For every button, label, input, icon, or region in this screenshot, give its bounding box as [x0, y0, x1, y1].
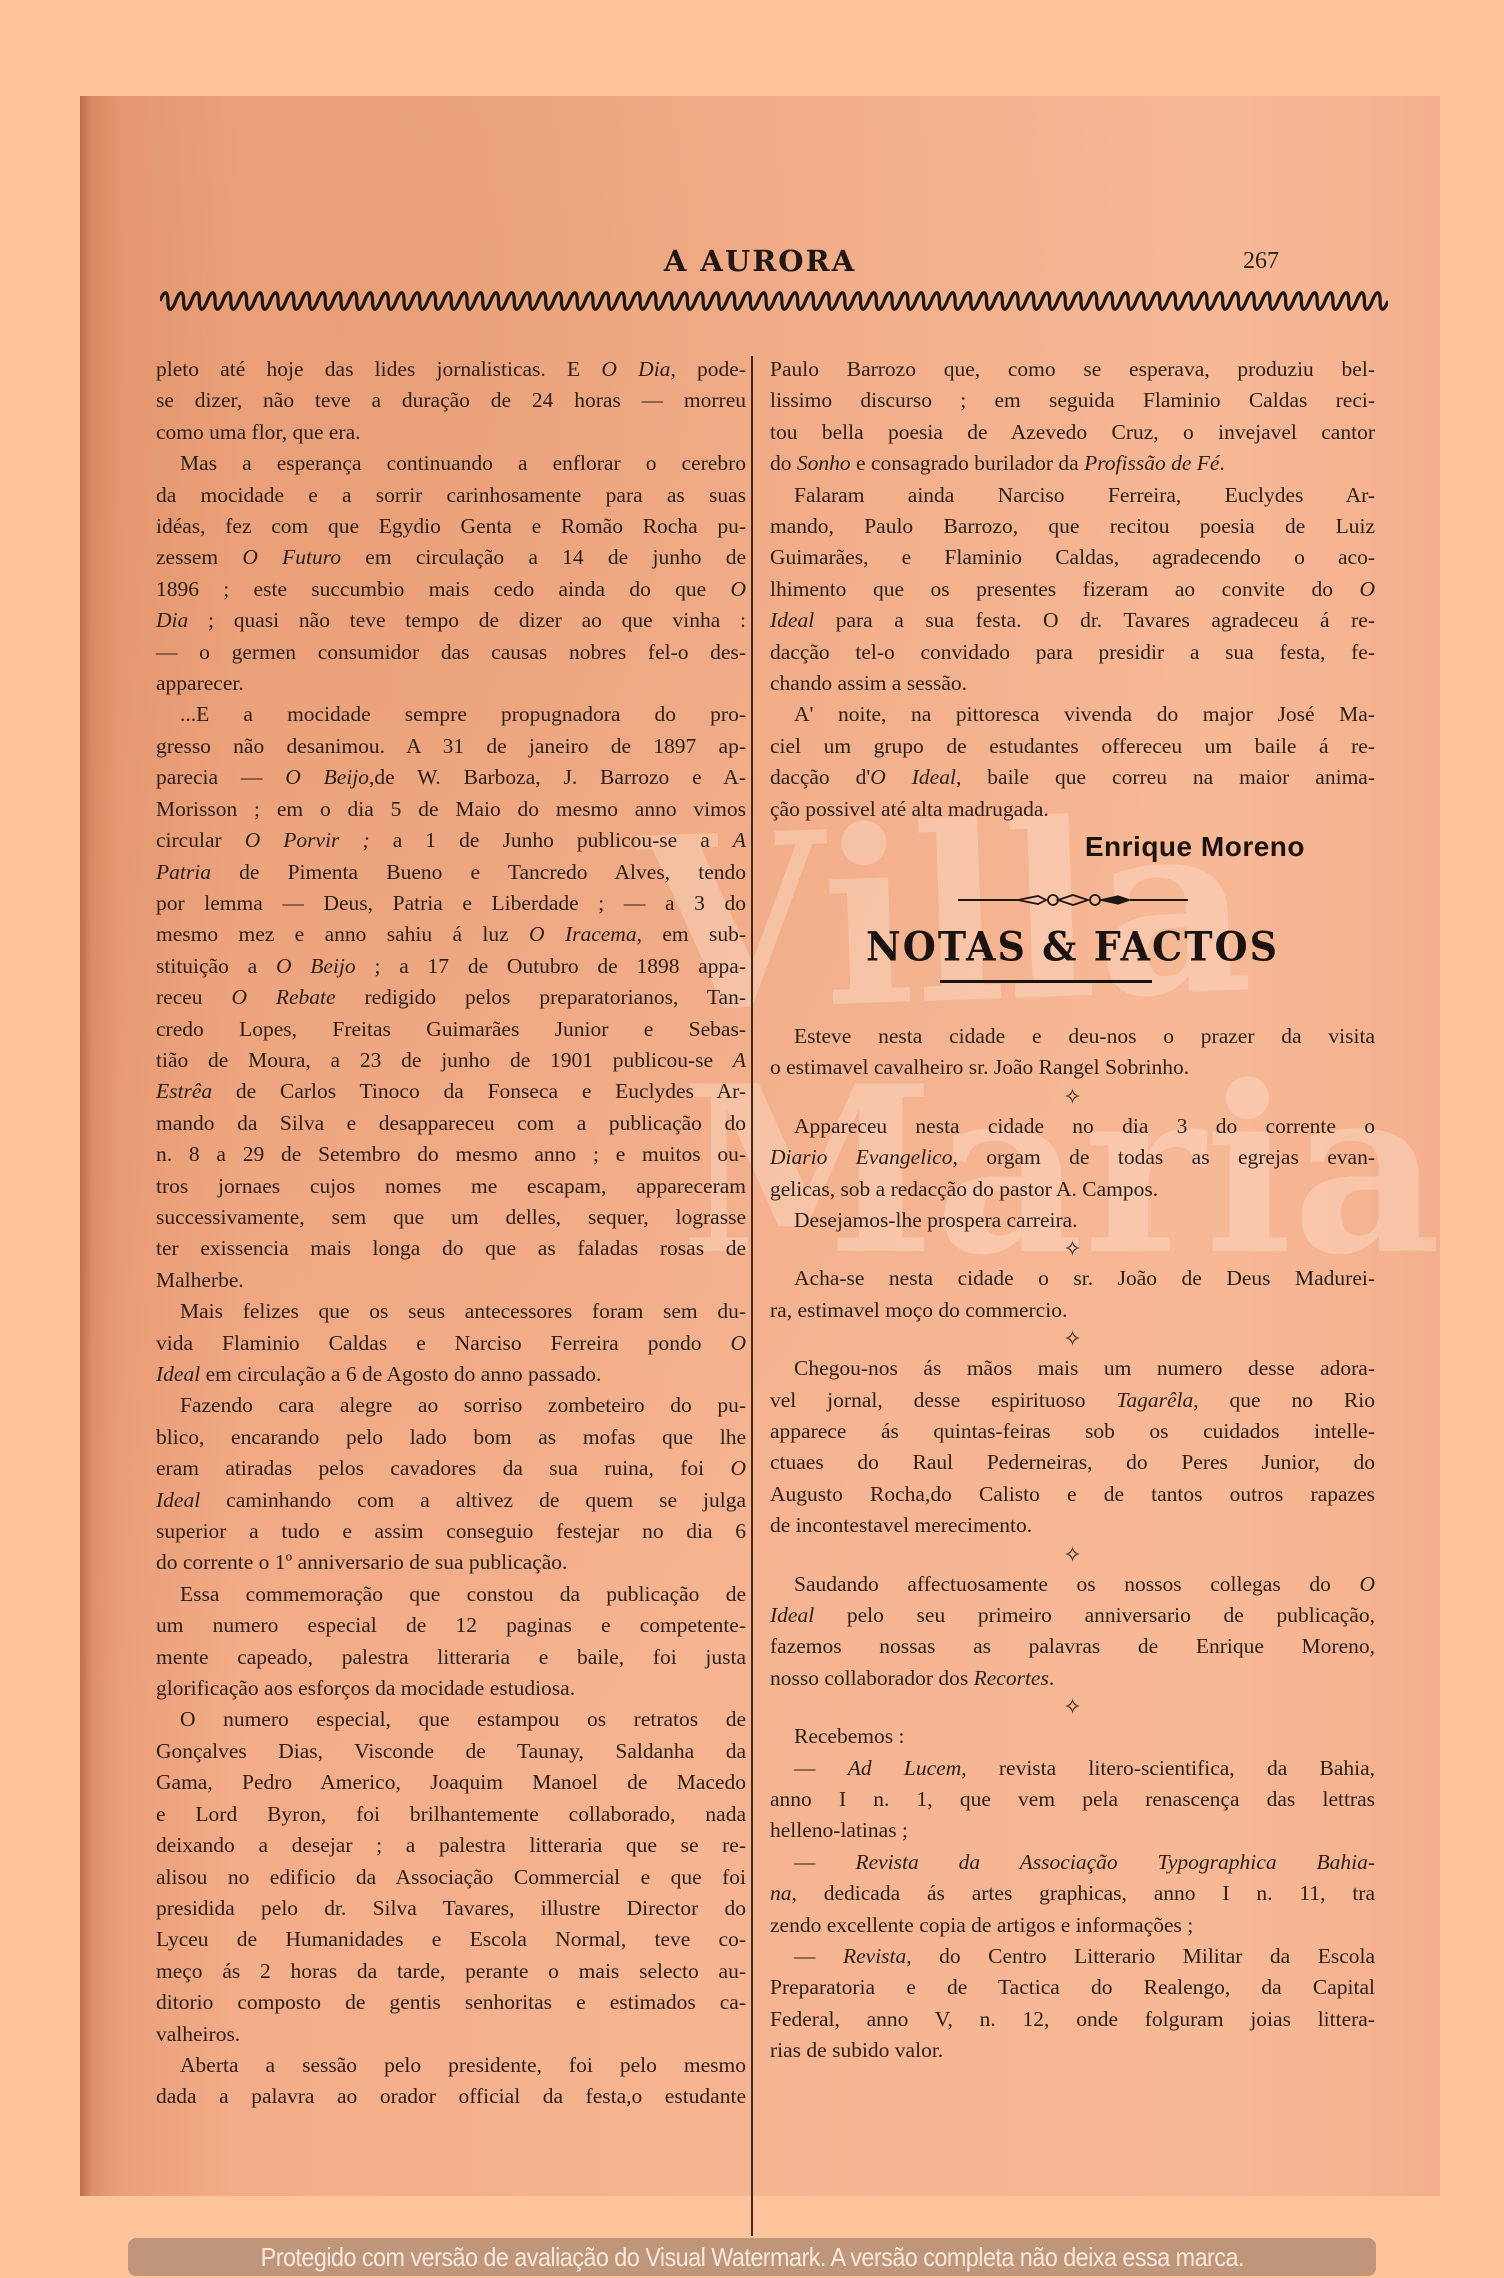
text-line: dacção tel-o convidado para presidir a s… [770, 637, 1375, 668]
text-line: e Lord Byron, foi brilhantemente collabo… [156, 1799, 746, 1830]
text-line: Mas a esperança continuando a enflorar o… [156, 448, 746, 479]
text-line: mente capeado, palestra litteraria e bai… [156, 1642, 746, 1673]
text-line: na, dedicada ás artes graphicas, anno I … [770, 1878, 1375, 1909]
text-line: Guimarães, e Flaminio Caldas, agradecend… [770, 542, 1375, 573]
text-line: apparecer. [156, 668, 746, 699]
text-line: do corrente o 1º anniversario de sua pub… [156, 1547, 746, 1578]
italic-title: Profissão de Fé [1084, 451, 1219, 475]
text-line: Appareceu nesta cidade no dia 3 do corre… [770, 1111, 1375, 1142]
paragraph: — Ad Lucem, revista litero-scientifica, … [770, 1753, 1375, 1847]
paragraph: ...E a mocidade sempre propugnadora do p… [156, 699, 746, 1296]
italic-title: Revista [843, 1944, 906, 1968]
paragraph: Esteve nesta cidade e deu-nos o prazer d… [770, 1021, 1375, 1084]
text-line: glorificação aos esforços da mocidade es… [156, 1673, 746, 1704]
paragraph: Fazendo cara alegre ao sorriso zombeteir… [156, 1390, 746, 1578]
text-line: meço ás 2 horas da tarde, perante o mais… [156, 1956, 746, 1987]
text-line: um numero especial de 12 paginas e compe… [156, 1610, 746, 1641]
column-divider [751, 356, 753, 2236]
text-line: Ideal caminhando com a altivez de quem s… [156, 1485, 746, 1516]
text-line: Essa commemoração que constou da publica… [156, 1579, 746, 1610]
text-line: do Sonho e consagrado burilador da Profi… [770, 448, 1375, 479]
paragraph: — Revista da Associação Typographica Bah… [770, 1847, 1375, 1941]
text-line: Ideal para a sua festa. O dr. Tavares ag… [770, 605, 1375, 636]
italic-title: O [730, 1331, 746, 1355]
text-line: rias de subido valor. [770, 2035, 1375, 2066]
italic-title: Ideal [770, 608, 814, 632]
four-point-star-icon: ✧ [770, 1544, 1375, 1566]
text-line: Ideal em circulação a 6 de Agosto do ann… [156, 1359, 746, 1390]
paragraph: O numero especial, que estampou os retra… [156, 1704, 746, 2049]
text-line: Paulo Barrozo que, como se esperava, pro… [770, 354, 1375, 385]
italic-title: Ideal [156, 1362, 200, 1386]
italic-title: Ideal [770, 1603, 814, 1627]
text-line: Estrêa de Carlos Tinoco da Fonseca e Euc… [156, 1076, 746, 1107]
text-line: apparece ás quintas-feiras sob os cuidad… [770, 1416, 1375, 1447]
title-underline [940, 980, 1152, 983]
text-line: o estimavel cavalheiro sr. João Rangel S… [770, 1052, 1375, 1083]
text-line: lissimo discurso ; em seguida Flaminio C… [770, 385, 1375, 416]
text-line: blico, encarando pelo lado bom as mofas … [156, 1422, 746, 1453]
italic-title: O [1359, 577, 1375, 601]
text-line: Ideal pelo seu primeiro anniversario de … [770, 1600, 1375, 1631]
italic-title: Estrêa [156, 1079, 212, 1103]
italic-title: Patria [156, 860, 211, 884]
text-line: Federal, anno V, n. 12, onde folguram jo… [770, 2004, 1375, 2035]
paragraph: Saudando affectuosamente os nossos colle… [770, 1569, 1375, 1695]
four-point-star-icon: ✧ [770, 1086, 1375, 1108]
text-line: — Revista da Associação Typographica Bah… [770, 1847, 1375, 1878]
italic-title: O [1359, 1572, 1375, 1596]
text-line: Falaram ainda Narciso Ferreira, Euclydes… [770, 480, 1375, 511]
text-line: presidida pelo dr. Silva Tavares, illust… [156, 1893, 746, 1924]
text-line: n. 8 a 29 de Setembro do mesmo anno ; e … [156, 1139, 746, 1170]
italic-title: O Rebate [231, 985, 335, 1009]
text-line: fazemos nossas as palavras de Enrique Mo… [770, 1631, 1375, 1662]
note-item: Appareceu nesta cidade no dia 3 do corre… [770, 1111, 1375, 1237]
text-line: ...E a mocidade sempre propugnadora do p… [156, 699, 746, 730]
paragraph: Chegou-nos ás mãos mais um numero desse … [770, 1353, 1375, 1541]
watermark-banner-text: Protegido com versão de avaliação do Vis… [260, 2238, 1243, 2276]
text-line: 1896 ; este succumbio mais cedo ainda do… [156, 574, 746, 605]
note-item: Recebemos :— Ad Lucem, revista litero-sc… [770, 1721, 1375, 2066]
flourish-divider-icon [958, 891, 1188, 909]
italic-title: A [733, 828, 746, 852]
text-line: circular O Porvir ; a 1 de Junho publico… [156, 825, 746, 856]
text-line: pleto até hoje das lides jornalisticas. … [156, 354, 746, 385]
text-line: A' noite, na pittoresca vivenda do major… [770, 699, 1375, 730]
text-line: da mocidade e a sorrir carinhosamente pa… [156, 480, 746, 511]
text-line: Patria de Pimenta Bueno e Tancredo Alves… [156, 857, 746, 888]
notes-list: Esteve nesta cidade e deu-nos o prazer d… [770, 1021, 1375, 2067]
paragraph: Acha-se nesta cidade o sr. João de Deus … [770, 1263, 1375, 1326]
text-line: Saudando affectuosamente os nossos colle… [770, 1569, 1375, 1600]
text-line: credo Lopes, Freitas Guimarães Junior e … [156, 1014, 746, 1045]
text-line: receu O Rebate redigido pelos preparator… [156, 982, 746, 1013]
text-line: ciel um grupo de estudantes offereceu um… [770, 731, 1375, 762]
italic-title: O Dia [601, 357, 670, 381]
text-line: — Ad Lucem, revista litero-scientifica, … [770, 1753, 1375, 1784]
text-line: Chegou-nos ás mãos mais um numero desse … [770, 1353, 1375, 1384]
paragraph: Paulo Barrozo que, como se esperava, pro… [770, 354, 1375, 480]
text-line: — o germen consumidor das causas nobres … [156, 637, 746, 668]
text-line: Morisson ; em o dia 5 de Maio do mesmo a… [156, 794, 746, 825]
text-line: por lemma — Deus, Patria e Liberdade ; —… [156, 888, 746, 919]
italic-title: Sonho [797, 451, 851, 475]
italic-title: Ideal [156, 1488, 200, 1512]
left-column: pleto até hoje das lides jornalisticas. … [156, 354, 746, 2113]
paragraph: Falaram ainda Narciso Ferreira, Euclydes… [770, 480, 1375, 700]
italic-title: O Beijo [285, 765, 369, 789]
text-line: Preparatoria e de Tactica do Realengo, d… [770, 1972, 1375, 2003]
text-line: helleno-latinas ; [770, 1815, 1375, 1846]
text-line: superior a tudo e assim conseguio festej… [156, 1516, 746, 1547]
italic-title: Dia [156, 608, 188, 632]
four-point-star-icon: ✧ [770, 1696, 1375, 1718]
italic-title: O Futuro [242, 545, 341, 569]
text-line: gelicas, sob a redacção do pastor A. Cam… [770, 1174, 1375, 1205]
italic-title: O [730, 577, 746, 601]
text-line: mando da Silva e desappareceu com a publ… [156, 1108, 746, 1139]
newspaper-page: Villa Maria A AURORA 267 pleto até hoje … [80, 96, 1440, 2196]
paragraph: Aberta a sessão pelo presidente, foi pel… [156, 2050, 746, 2113]
page-number: 267 [1243, 248, 1279, 275]
text-line: Mais felizes que os seus antecessores fo… [156, 1296, 746, 1327]
wavy-rule-ornament [160, 288, 1388, 314]
paragraph: Mais felizes que os seus antecessores fo… [156, 1296, 746, 1390]
text-line: vida Flaminio Caldas e Narciso Ferreira … [156, 1328, 746, 1359]
text-line: dacção d'O Ideal, baile que correu na ma… [770, 762, 1375, 793]
text-line: se dizer, não teve a duração de 24 horas… [156, 385, 746, 416]
text-line: O numero especial, que estampou os retra… [156, 1704, 746, 1735]
italic-title: O Porvir ; [245, 828, 370, 852]
text-line: tros jornaes cujos nomes me escapam, app… [156, 1171, 746, 1202]
text-line: de incontestavel merecimento. [770, 1510, 1375, 1541]
author-signature: Enrique Moreno [770, 831, 1375, 862]
text-line: tou bella poesia de Azevedo Cruz, o inve… [770, 417, 1375, 448]
text-line: ter exissencia mais longa do que as fala… [156, 1233, 746, 1264]
evaluation-watermark-banner: Protegido com versão de avaliação do Vis… [128, 2238, 1376, 2276]
text-line: anno I n. 1, que vem pela renascença das… [770, 1784, 1375, 1815]
italic-title: O [730, 1456, 746, 1480]
text-line: dada a palavra ao orador official da fes… [156, 2081, 746, 2112]
paragraph: Mas a esperança continuando a enflorar o… [156, 448, 746, 699]
note-item: Saudando affectuosamente os nossos colle… [770, 1569, 1375, 1695]
paragraph: Essa commemoração que constou da publica… [156, 1579, 746, 1705]
text-line: Diario Evangelico, orgam de todas as egr… [770, 1142, 1375, 1173]
four-point-star-icon: ✧ [770, 1238, 1375, 1260]
text-line: parecia — O Beijo,de W. Barboza, J. Barr… [156, 762, 746, 793]
text-line: como uma flor, que era. [156, 417, 746, 448]
text-line: — Revista, do Centro Litterario Militar … [770, 1941, 1375, 1972]
text-line: lhimento que os presentes fizeram ao con… [770, 574, 1375, 605]
paragraph: — Revista, do Centro Litterario Militar … [770, 1941, 1375, 2067]
text-line: Augusto Rocha,do Calisto e de tantos out… [770, 1479, 1375, 1510]
text-line: Fazendo cara alegre ao sorriso zombeteir… [156, 1390, 746, 1421]
text-line: alisou no edificio da Associação Commerc… [156, 1862, 746, 1893]
paragraph: Appareceu nesta cidade no dia 3 do corre… [770, 1111, 1375, 1205]
note-item: Chegou-nos ás mãos mais um numero desse … [770, 1353, 1375, 1541]
text-line: ditorio composto de gentis senhoritas e … [156, 1987, 746, 2018]
four-point-star-icon: ✧ [770, 1328, 1375, 1350]
paragraph: Desejamos-lhe prospera carreira. [770, 1205, 1375, 1236]
text-line: Recebemos : [770, 1721, 1375, 1752]
text-line: successivamente, sem que um delles, sequ… [156, 1202, 746, 1233]
text-line: ctuaes do Raul Pederneiras, do Peres Jun… [770, 1447, 1375, 1478]
italic-title: O Ideal [870, 765, 956, 789]
italic-title: Revista da Associação Typographica Bahia… [855, 1850, 1375, 1874]
text-line: Aberta a sessão pelo presidente, foi pel… [156, 2050, 746, 2081]
text-line: stituição a O Beijo ; a 17 de Outubro de… [156, 951, 746, 982]
right-column: Paulo Barrozo que, como se esperava, pro… [770, 354, 1375, 2067]
text-line: Acha-se nesta cidade o sr. João de Deus … [770, 1263, 1375, 1294]
italic-title: Recortes [974, 1666, 1049, 1690]
text-line: mando, Paulo Barrozo, que recitou poesia… [770, 511, 1375, 542]
note-item: Acha-se nesta cidade o sr. João de Deus … [770, 1263, 1375, 1326]
text-line: Malherbe. [156, 1265, 746, 1296]
text-line: mesmo mez e anno sahiu á luz O Iracema, … [156, 919, 746, 950]
italic-title: Tagarêla [1116, 1388, 1193, 1412]
text-line: chando assim a sessão. [770, 668, 1375, 699]
text-line: ção possivel até alta madrugada. [770, 794, 1375, 825]
italic-title: A [733, 1048, 746, 1072]
paragraph: pleto até hoje das lides jornalisticas. … [156, 354, 746, 448]
text-line: valheiros. [156, 2019, 746, 2050]
text-line: ra, estimavel moço do commercio. [770, 1295, 1375, 1326]
italic-title: Ad Lucem [848, 1756, 961, 1780]
paragraph: A' noite, na pittoresca vivenda do major… [770, 699, 1375, 825]
text-line: nosso collaborador dos Recortes. [770, 1663, 1375, 1694]
text-line: zendo excellente copia de artigos e info… [770, 1910, 1375, 1941]
note-item: Esteve nesta cidade e deu-nos o prazer d… [770, 1021, 1375, 1084]
text-line: gresso não desanimou. A 31 de janeiro de… [156, 731, 746, 762]
text-line: Gonçalves Dias, Visconde de Taunay, Sald… [156, 1736, 746, 1767]
section-title: NOTAS & FACTOS [770, 930, 1375, 963]
masthead-title: A AURORA [80, 244, 1440, 278]
text-line: vel jornal, desse espirituoso Tagarêla, … [770, 1385, 1375, 1416]
text-line: Gama, Pedro Americo, Joaquim Manoel de M… [156, 1767, 746, 1798]
text-line: Esteve nesta cidade e deu-nos o prazer d… [770, 1021, 1375, 1052]
italic-title: O Iracema [529, 922, 637, 946]
text-line: Dia ; quasi não teve tempo de dizer ao q… [156, 605, 746, 636]
italic-title: O Beijo [276, 954, 356, 978]
text-line: tião de Moura, a 23 de junho de 1901 pub… [156, 1045, 746, 1076]
text-line: idéas, fez com que Egydio Genta e Romão … [156, 511, 746, 542]
paragraph: Recebemos : [770, 1721, 1375, 1752]
italic-title: Diario Evangelico [770, 1145, 952, 1169]
article-continuation: Paulo Barrozo que, como se esperava, pro… [770, 354, 1375, 825]
text-line: zessem O Futuro em circulação a 14 de ju… [156, 542, 746, 573]
text-line: Lyceu de Humanidades e Escola Normal, te… [156, 1924, 746, 1955]
text-line: Desejamos-lhe prospera carreira. [770, 1205, 1375, 1236]
text-line: deixando a desejar ; a palestra litterar… [156, 1830, 746, 1861]
italic-title: na [770, 1881, 792, 1905]
text-line: eram atiradas pelos cavadores da sua rui… [156, 1453, 746, 1484]
